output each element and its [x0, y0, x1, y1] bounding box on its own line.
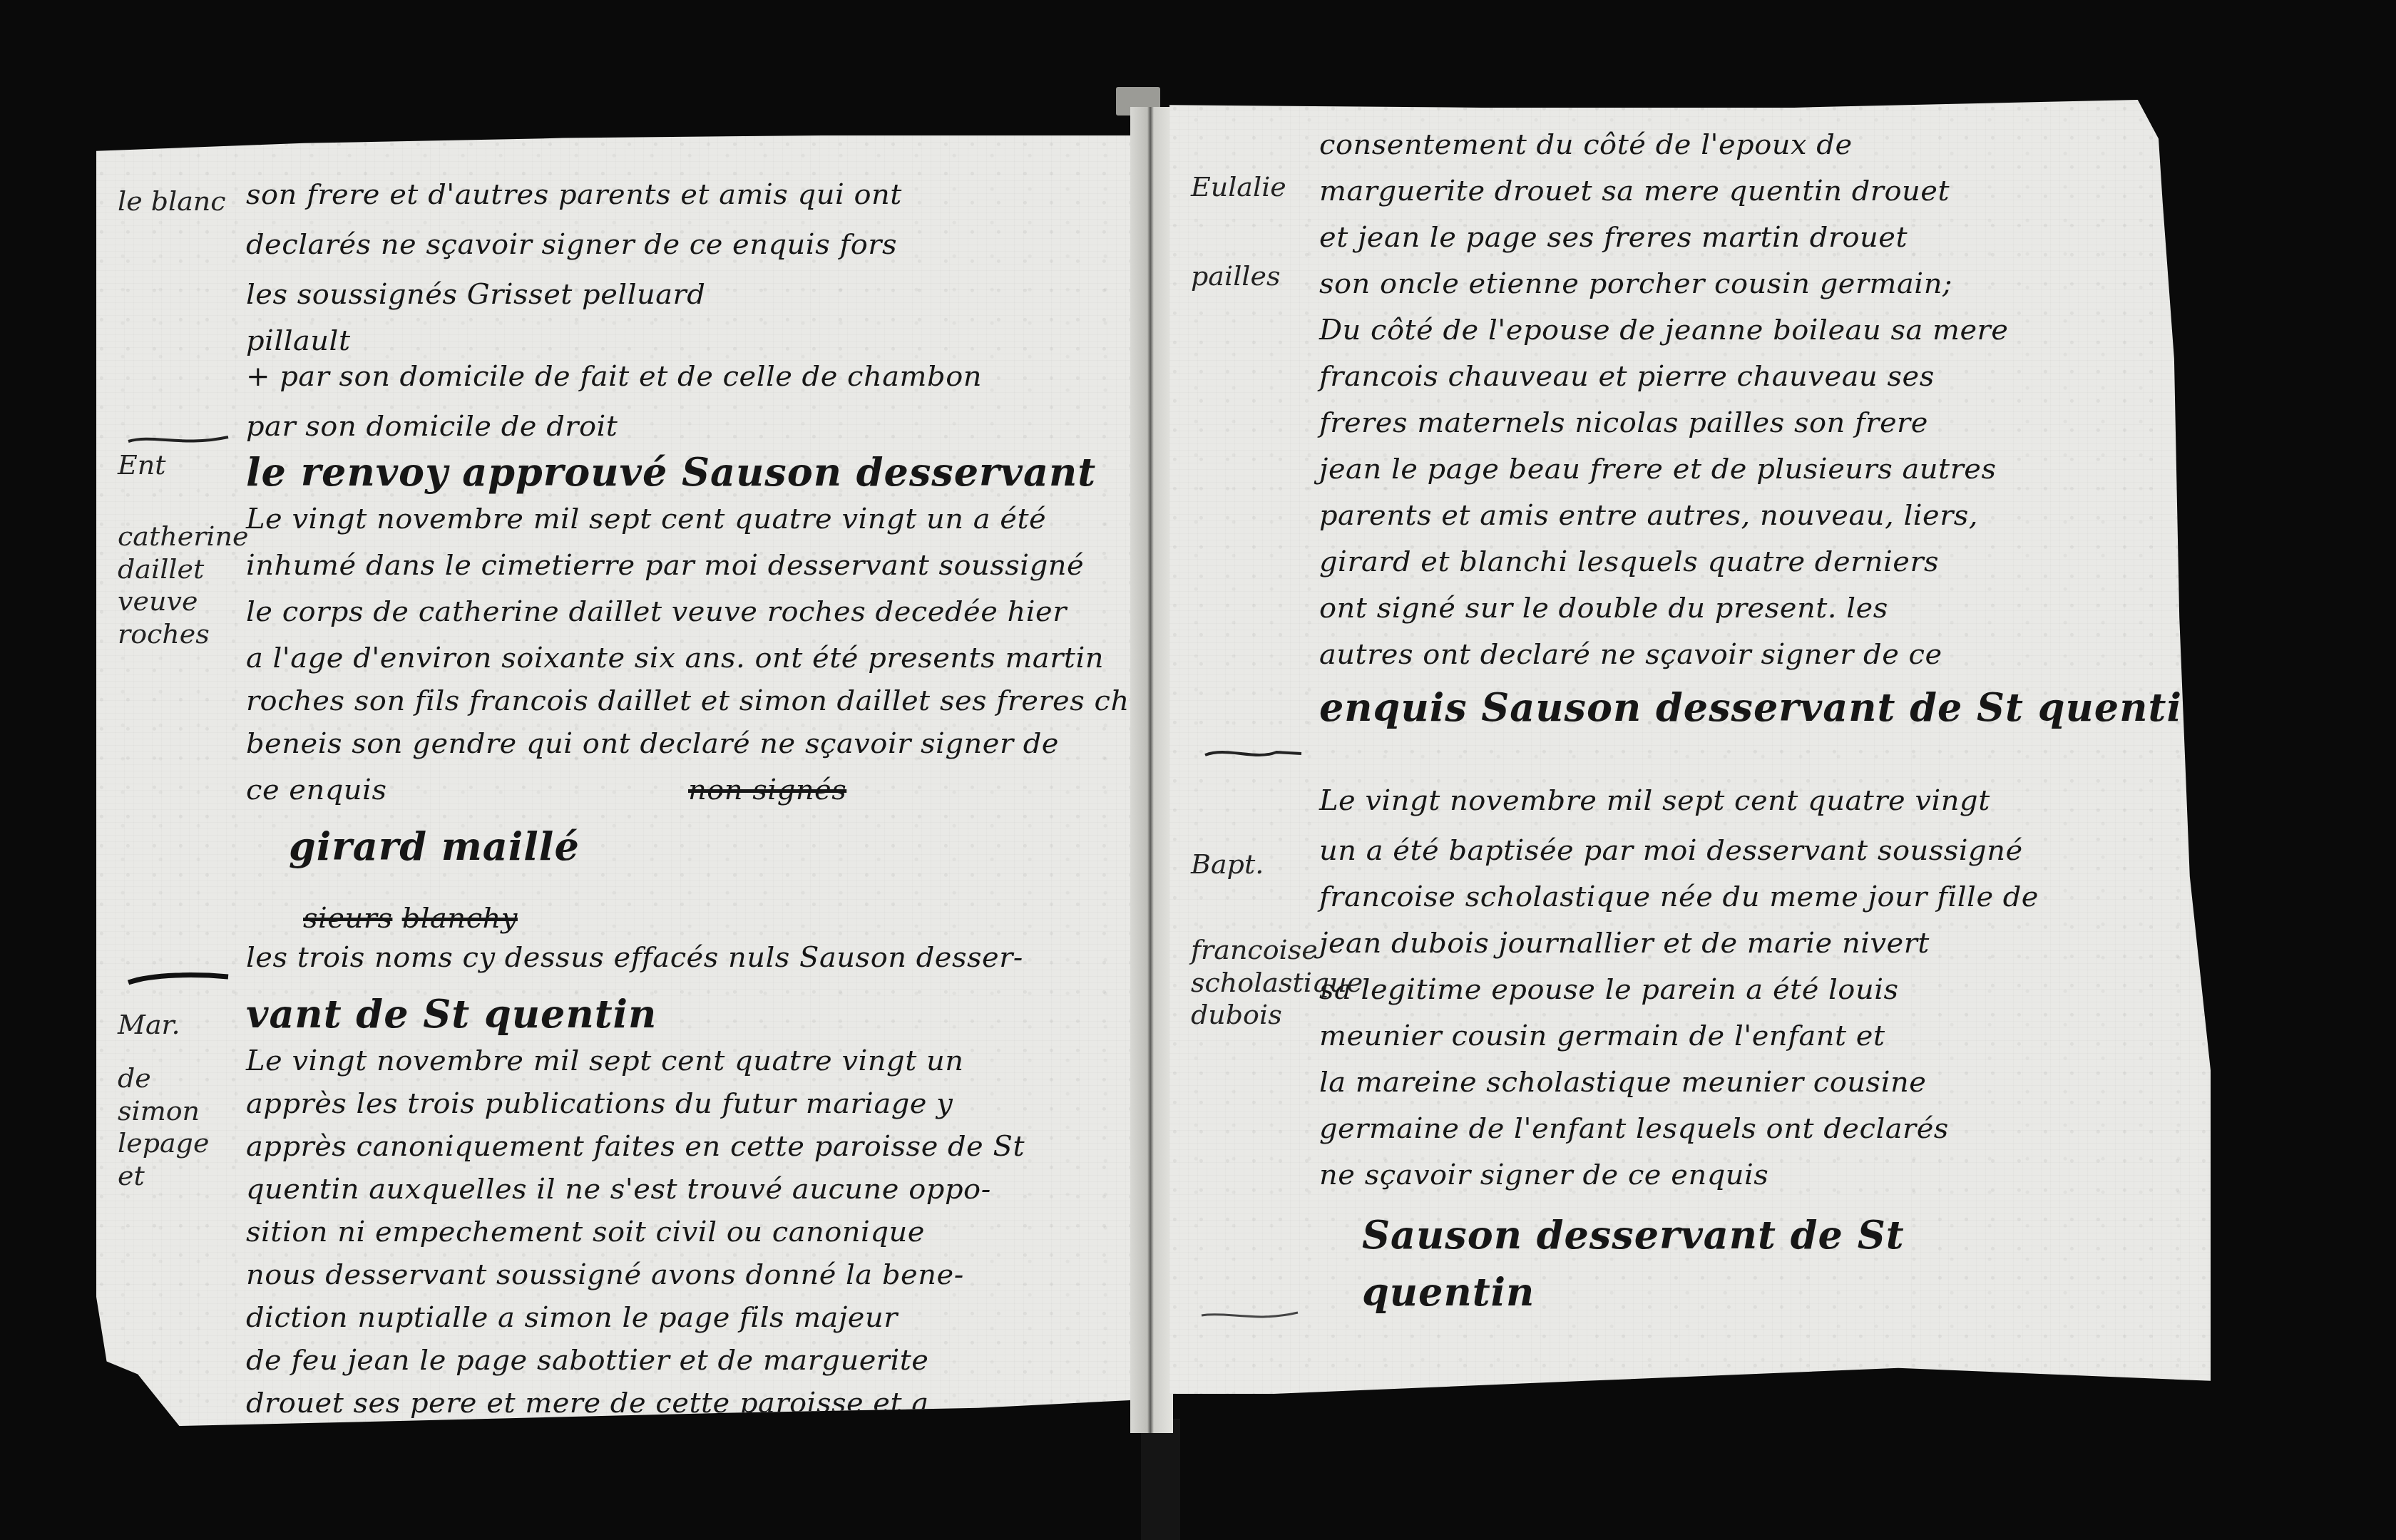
marriage-act-line: girard et blanchi lesquels quatre dernie… [1319, 545, 1939, 578]
burial-act-line: roches son fils francois daillet et simo… [246, 684, 1202, 717]
witness-signatures: girard maillé [289, 823, 580, 869]
burial-act-line: ce enquis [246, 774, 386, 806]
marriage-act-line: apprès canoniquement faites en cette par… [246, 1130, 1025, 1163]
margin-note-deceased: catherine daillet veuve roches [118, 520, 248, 650]
text-line-signatures: les soussignés Grisset pelluard [246, 278, 705, 311]
burial-act-line: a l'age d'environ soixante six ans. ont … [246, 642, 1104, 674]
marriage-act-line: quentin auxquelles il ne s'est trouvé au… [246, 1173, 991, 1206]
flourish-separator-icon [125, 970, 232, 987]
left-margin: le blanc Ent catherine daillet veuve roc… [96, 135, 246, 1426]
priest-signature: Sauson desservant de St [1362, 1212, 1905, 1258]
margin-note-bride: Eulalie [1191, 171, 1286, 204]
marriage-act-line: Du côté de l'epouse de jeanne boileau sa… [1319, 314, 2008, 346]
correction-note: les trois noms cy dessus effacés nuls Sa… [246, 941, 1023, 974]
burial-act-line: le corps de catherine daillet veuve roch… [246, 595, 1067, 628]
marriage-act-line: eulalie pailles fille mineure de feu nic… [246, 1429, 971, 1462]
margin-note-surname: le blanc [118, 185, 226, 218]
text-line: par son domicile de droit [246, 410, 618, 443]
right-margin: Eulalie pailles Bapt. francoise scholast… [1169, 100, 1319, 1394]
struck-word: non signés [688, 774, 846, 806]
burial-act-line: inhumé dans le cimetierre par moi desser… [246, 549, 1084, 582]
marriage-act-line: Le vingt novembre mil sept cent quatre v… [246, 1044, 963, 1077]
marriage-act-line: son oncle etienne porcher cousin germain… [1319, 267, 1952, 300]
baptism-act-line: jean dubois journallier et de marie nive… [1319, 927, 1930, 960]
text-line-signature: pillault [246, 324, 350, 357]
baptism-act-line: francoise scholastique née du meme jour … [1319, 881, 2039, 913]
right-page-body: consentement du côté de l'epoux de margu… [1319, 100, 2175, 1394]
text-line: declarés ne sçavoir signer de ce enquis … [246, 228, 897, 261]
burial-act-line: beneis son gendre qui ont declaré ne sça… [246, 727, 1059, 760]
marriage-act-line: diction nuptialle a simon le page fils m… [246, 1301, 898, 1334]
flourish-separator-icon [1198, 1308, 1305, 1325]
baptism-act-line: ne sçavoir signer de ce enquis [1319, 1159, 1768, 1191]
margin-note-act-type: Mar. [118, 1009, 180, 1042]
text-line: son frere et d'autres parents et amis qu… [246, 178, 902, 211]
baptism-act-line: la mareine scholastique meunier cousine [1319, 1066, 1926, 1099]
baptism-act-line: un a été baptisée par moi desservant sou… [1319, 834, 2023, 867]
spine-shadow [1141, 1419, 1180, 1540]
margin-note-act-type: Ent [118, 449, 165, 482]
baptism-act-line: meunier cousin germain de l'enfant et [1319, 1020, 1885, 1052]
marriage-act-line: francois chauveau et pierre chauveau ses [1319, 360, 1935, 393]
margin-note-bride-surname: pailles [1191, 260, 1280, 293]
marriage-act-line: de feu jean le page sabottier et de marg… [246, 1344, 929, 1377]
struck-words: sieurs blanchy [303, 902, 518, 935]
marriage-act-line: jean le page beau frere et de plusieurs … [1319, 453, 1996, 486]
flourish-separator-icon [1198, 745, 1305, 762]
marriage-act-line: marguerite drouet sa mere quentin drouet [1319, 175, 1950, 207]
marriage-act-line: parents et amis entre autres, nouveau, l… [1319, 499, 1978, 532]
marriage-act-line: autres ont declaré ne sçavoir signer de … [1319, 638, 1942, 671]
scan-background: le blanc Ent catherine daillet veuve roc… [0, 0, 2396, 1540]
marriage-act-line: sition ni empechement soit civil ou cano… [246, 1216, 925, 1248]
priest-signature-continued: quentin [1362, 1269, 1535, 1315]
priest-signature: vant de St quentin [246, 991, 657, 1037]
book-gutter [1130, 107, 1173, 1433]
marriage-act-line: ont signé sur le double du present. les [1319, 592, 1888, 625]
marriage-act-line: consentement du côté de l'epoux de [1319, 128, 1853, 161]
left-page: le blanc Ent catherine daillet veuve roc… [96, 135, 1134, 1426]
baptism-act-line: germaine de l'enfant lesquels ont declar… [1319, 1112, 1949, 1145]
priest-signature: le renvoy approuvé Sauson desservant [246, 449, 1096, 495]
marriage-act-line: apprès les trois publications du futur m… [246, 1087, 953, 1120]
baptism-act-line: sa legitime epouse le parein a été louis [1319, 973, 1899, 1006]
left-page-body: son frere et d'autres parents et amis qu… [246, 135, 1098, 1426]
marriage-act-line: freres maternels nicolas pailles son fre… [1319, 406, 1928, 439]
marriage-act-line: drouet ses pere et mere de cette paroiss… [246, 1387, 929, 1420]
burial-act-line: Le vingt novembre mil sept cent quatre v… [246, 503, 1046, 535]
flourish-separator-icon [125, 431, 232, 448]
text-line: + par son domicile de fait et de celle d… [246, 360, 982, 393]
baptism-act-line: Le vingt novembre mil sept cent quatre v… [1319, 784, 1990, 817]
right-page: Eulalie pailles Bapt. francoise scholast… [1169, 100, 2211, 1394]
priest-signature: enquis Sauson desservant de St quentin [1319, 684, 2211, 730]
marriage-act-line: et jean le page ses freres martin drouet [1319, 221, 1908, 254]
margin-note-act-type: Bapt. [1191, 848, 1264, 881]
margin-note-groom: de simon lepage et [118, 1062, 209, 1192]
marriage-act-line: laboureur aussi de cette paroisse en pre… [246, 1472, 1014, 1505]
marriage-act-line: nous desservant soussigné avons donné la… [246, 1258, 964, 1291]
